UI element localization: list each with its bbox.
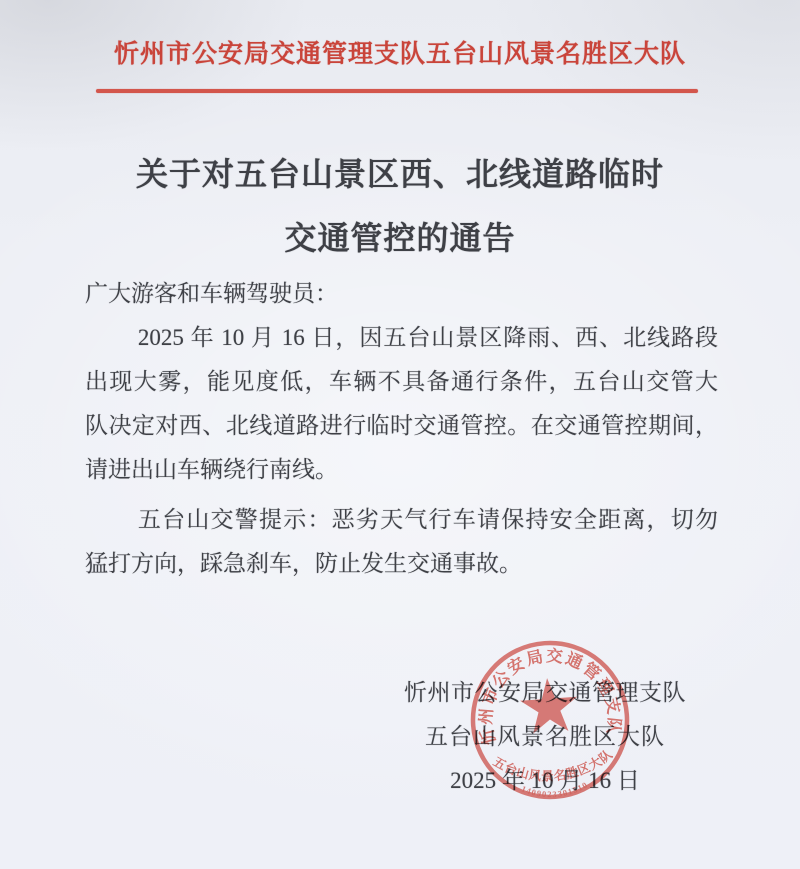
body-line: 出现大雾，能见度低，车辆不具备通行条件，五台山交管大 bbox=[85, 360, 718, 404]
salutation: 广大游客和车辆驾驶员： bbox=[85, 272, 718, 316]
notice-title: 关于对五台山景区西、北线道路临时 交通管控的通告 bbox=[0, 142, 800, 270]
issuing-authority-header: 忻州市公安局交通管理支队五台山风景名胜区大队 bbox=[0, 34, 800, 70]
notice-title-line1: 关于对五台山景区西、北线道路临时 bbox=[0, 142, 800, 206]
body-line: 请进出山车辆绕行南线。 bbox=[85, 448, 718, 492]
body-line: 猛打方向，踩急刹车，防止发生交通事故。 bbox=[85, 542, 718, 586]
header-divider-rule bbox=[96, 89, 698, 93]
body-line: 五台山交警提示：恶劣天气行车请保持安全距离，切勿 bbox=[85, 498, 718, 542]
star-icon bbox=[519, 676, 580, 734]
notice-body: 广大游客和车辆驾驶员： 2025 年 10 月 16 日，因五台山景区降雨、西、… bbox=[85, 272, 718, 586]
notice-document-photo: 忻州市公安局交通管理支队五台山风景名胜区大队 关于对五台山景区西、北线道路临时 … bbox=[0, 0, 800, 869]
body-line: 2025 年 10 月 16 日，因五台山景区降雨、西、北线路段 bbox=[85, 316, 718, 360]
notice-title-line2: 交通管控的通告 bbox=[0, 206, 800, 270]
body-line: 队决定对西、北线道路进行临时交通管控。在交通管控期间， bbox=[85, 404, 718, 448]
official-seal-stamp: 忻州市公安局交通管理支队 五台山风景名胜区大队 1409023301510 bbox=[420, 590, 680, 850]
